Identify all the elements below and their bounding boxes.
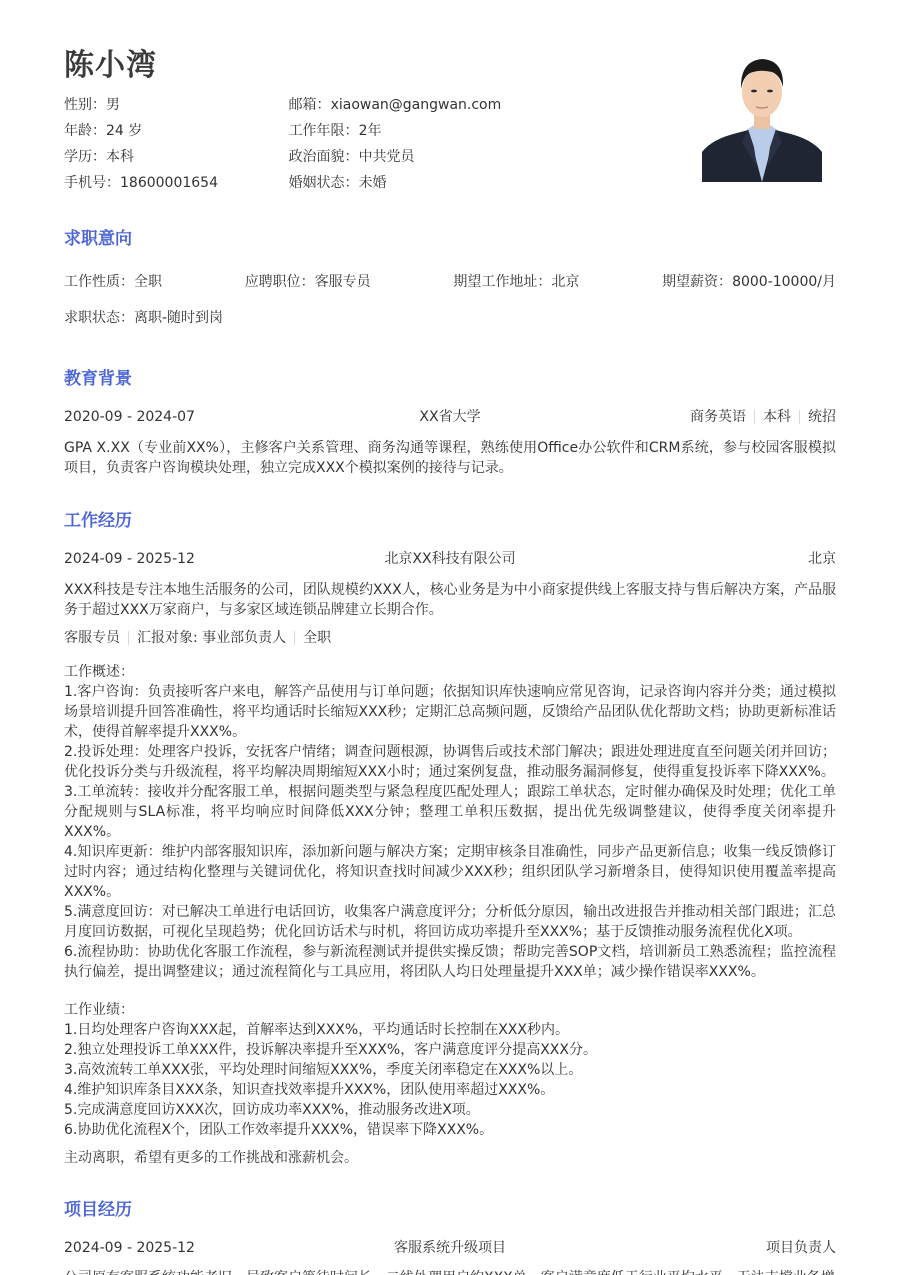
- intent-work-type: 工作性质：全职: [64, 272, 162, 292]
- overview-item: 4.知识库更新：维护内部客服知识库，添加新问题与解决方案；定期审核条目准确性，同…: [64, 842, 836, 902]
- achievement-item: 4.维护知识库条目XXX条，知识查找效率提升XXX%，团队使用率超过XXX%。: [64, 1080, 836, 1100]
- divider: [294, 631, 295, 645]
- marital-status-value: 未婚: [359, 175, 387, 191]
- work-achievements: 工作业绩： 1.日均处理客户咨询XXX起，首解率达到XXX%，平均通话时长控制在…: [64, 1000, 836, 1140]
- work-header: 2024-09 - 2025-12 北京XX科技有限公司 北京: [64, 549, 836, 569]
- section-title-project: 项目经历: [64, 1195, 132, 1220]
- education-header: 2020-09 - 2024-07 XX省大学 商务英语 本科 统招: [64, 407, 836, 427]
- phone-value: 18600001654: [120, 175, 218, 191]
- work-title: 客服专员: [64, 628, 120, 648]
- work-type: 全职: [303, 628, 331, 648]
- work-report-to: 汇报对象: 事业部负责人: [137, 628, 286, 648]
- work-overview: 工作概述： 1.客户咨询：负责接听客户来电，解答产品使用与订单问题；依据知识库快…: [64, 662, 836, 982]
- work-company: 北京XX科技有限公司: [315, 549, 585, 569]
- education-period: 2020-09 - 2024-07: [64, 407, 314, 427]
- overview-title: 工作概述：: [64, 662, 836, 682]
- intent-status: 求职状态：离职-随时到岗: [64, 308, 836, 328]
- work-location: 北京: [586, 549, 836, 569]
- work-tags: 客服专员 汇报对象: 事业部负责人 全职: [64, 628, 836, 648]
- work-years-value: 2年: [359, 123, 382, 139]
- leave-reason: 主动离职，希望有更多的工作挑战和涨薪机会。: [64, 1148, 836, 1168]
- portrait-icon: [702, 47, 822, 182]
- education-school: XX省大学: [315, 407, 585, 427]
- education-enrollment: 统招: [808, 407, 836, 427]
- political-status-value: 中共党员: [359, 149, 415, 165]
- overview-item: 2.投诉处理：处理客户投诉，安抚客户情绪；调查问题根源，协调售后或技术部门解决；…: [64, 742, 836, 782]
- achievements-title: 工作业绩：: [64, 1000, 836, 1020]
- age-value: 24 岁: [106, 123, 142, 139]
- overview-item: 1.客户咨询：负责接听客户来电，解答产品使用与订单问题；依据知识库快速响应常见咨…: [64, 682, 836, 742]
- profile-photo: [702, 47, 822, 182]
- project-role: 项目负责人: [586, 1238, 836, 1258]
- project-description: 公司原有客服系统功能老旧，导致客户等待时间长，二线处理用户约XXX单，客户满意度…: [64, 1268, 836, 1275]
- intent-position: 应聘职位：客服专员: [245, 272, 371, 292]
- email-label: 邮箱：: [289, 97, 331, 113]
- overview-item: 3.工单流转：接收并分配客服工单，根据问题类型与紧急程度匹配处理人；跟踪工单状态…: [64, 782, 836, 842]
- company-description: XXX科技是专注本地生活服务的公司，团队规模约XXX人，核心业务是为中小商家提供…: [64, 580, 836, 620]
- section-title-intent: 求职意向: [64, 224, 132, 249]
- achievement-item: 5.完成满意度回访XXX次，回访成功率XXX%，推动服务改进X项。: [64, 1100, 836, 1120]
- gender-value: 男: [106, 97, 120, 113]
- overview-item: 6.流程协助：协助优化客服工作流程，参与新流程测试并提供实操反馈；帮助完善SOP…: [64, 942, 836, 982]
- email-value: xiaowan@gangwan.com: [331, 97, 502, 113]
- education-description: GPA X.XX（专业前XX%），主修客户关系管理、商务沟通等课程，熟练使用Of…: [64, 438, 836, 478]
- achievement-item: 6.协助优化流程X个，团队工作效率提升XXX%，错误率下降XXX%。: [64, 1120, 836, 1140]
- work-years-label: 工作年限：: [289, 123, 359, 139]
- divider: [128, 631, 129, 645]
- section-title-work: 工作经历: [64, 506, 132, 531]
- phone-label: 手机号：: [64, 175, 120, 191]
- project-name: 客服系统升级项目: [315, 1238, 585, 1258]
- project-period: 2024-09 - 2025-12: [64, 1238, 314, 1258]
- intent-salary: 期望薪资：8000-10000/月: [662, 272, 836, 292]
- achievement-item: 3.高效流转工单XXX张，平均处理时间缩短XXX%，季度关闭率稳定在XXX%以上…: [64, 1060, 836, 1080]
- age-label: 年龄：: [64, 123, 106, 139]
- work-period: 2024-09 - 2025-12: [64, 549, 314, 569]
- education-degree: 本科: [763, 407, 791, 427]
- intent-location: 期望工作地址：北京: [453, 272, 579, 292]
- education-tags: 商务英语 本科 统招: [586, 407, 836, 427]
- intent-row: 工作性质：全职 应聘职位：客服专员 期望工作地址：北京 期望薪资：8000-10…: [64, 272, 836, 292]
- education-level-label: 学历：: [64, 149, 106, 165]
- political-status-label: 政治面貌：: [289, 149, 359, 165]
- education-major: 商务英语: [690, 407, 746, 427]
- divider: [754, 410, 755, 424]
- project-header: 2024-09 - 2025-12 客服系统升级项目 项目负责人: [64, 1238, 836, 1258]
- achievement-item: 1.日均处理客户咨询XXX起，首解率达到XXX%，平均通话时长控制在XXX秒内。: [64, 1020, 836, 1040]
- achievement-item: 2.独立处理投诉工单XXX件，投诉解决率提升至XXX%，客户满意度评分提高XXX…: [64, 1040, 836, 1060]
- divider: [799, 410, 800, 424]
- section-title-education: 教育背景: [64, 364, 132, 389]
- education-level-value: 本科: [106, 149, 134, 165]
- gender-label: 性别：: [64, 97, 106, 113]
- overview-item: 5.满意度回访：对已解决工单进行电话回访，收集客户满意度评分；分析低分原因，输出…: [64, 902, 836, 942]
- basic-info: 性别：男 邮箱：xiaowan@gangwan.com 年龄：24 岁 工作年限…: [64, 95, 524, 199]
- candidate-name: 陈小湾: [64, 40, 157, 84]
- marital-status-label: 婚姻状态：: [289, 175, 359, 191]
